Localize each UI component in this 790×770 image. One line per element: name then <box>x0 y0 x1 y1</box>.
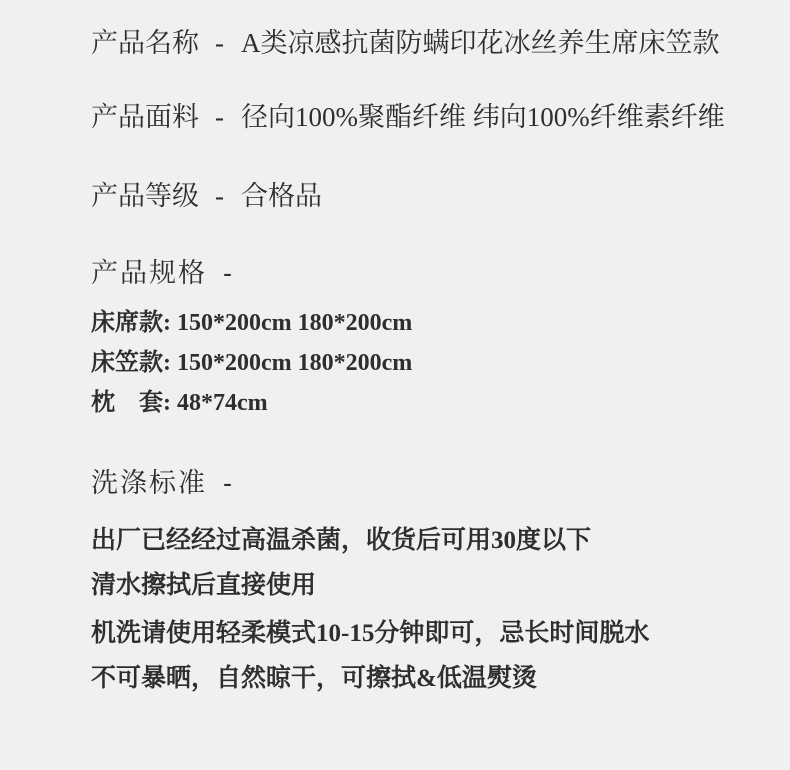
washing-instruction-line: 不可暴晒，自然晾干，可擦拭&低温熨烫 <box>91 666 770 691</box>
product-grade-label: 产品等级 <box>91 181 199 211</box>
spec-item-pillowcase: 枕 套: 48*74cm <box>91 391 770 415</box>
product-name-value: A类凉感抗菌防螨印花冰丝养生席床笠款 <box>241 28 720 58</box>
spec-item-mat: 床席款: 150*200cm 180*200cm <box>91 311 770 335</box>
product-grade-row: 产品等级-合格品 <box>91 183 770 210</box>
product-fabric-value: 径向100%聚酯纤维 纬向100%纤维素纤维 <box>241 102 725 132</box>
washing-instruction-line: 清水擦拭后直接使用 <box>91 573 770 598</box>
separator-dash: - <box>223 470 232 497</box>
product-description-panel: 产品名称-A类凉感抗菌防螨印花冰丝养生席床笠款 产品面料-径向100%聚酯纤维 … <box>0 0 790 770</box>
washing-instruction-line: 出厂已经经过高温杀菌，收货后可用30度以下 <box>91 528 770 553</box>
product-name-row: 产品名称-A类凉感抗菌防螨印花冰丝养生席床笠款 <box>91 30 770 57</box>
separator-dash: - <box>215 30 224 57</box>
separator-dash: - <box>215 183 224 210</box>
product-fabric-label: 产品面料 <box>91 102 199 132</box>
product-fabric-row: 产品面料-径向100%聚酯纤维 纬向100%纤维素纤维 <box>91 104 770 131</box>
spec-header-label: 产品规格 <box>91 258 207 288</box>
washing-instruction-line: 机洗请使用轻柔模式10-15分钟即可，忌长时间脱水 <box>91 621 770 646</box>
spec-section-header: 产品规格- <box>91 260 770 287</box>
product-name-label: 产品名称 <box>91 28 199 58</box>
separator-dash: - <box>215 104 224 131</box>
washing-header-label: 洗涤标准 <box>91 468 207 498</box>
product-grade-value: 合格品 <box>241 181 322 211</box>
washing-section-header: 洗涤标准- <box>91 470 770 497</box>
spec-item-fitted-sheet: 床笠款: 150*200cm 180*200cm <box>91 351 770 375</box>
separator-dash: - <box>223 260 232 287</box>
